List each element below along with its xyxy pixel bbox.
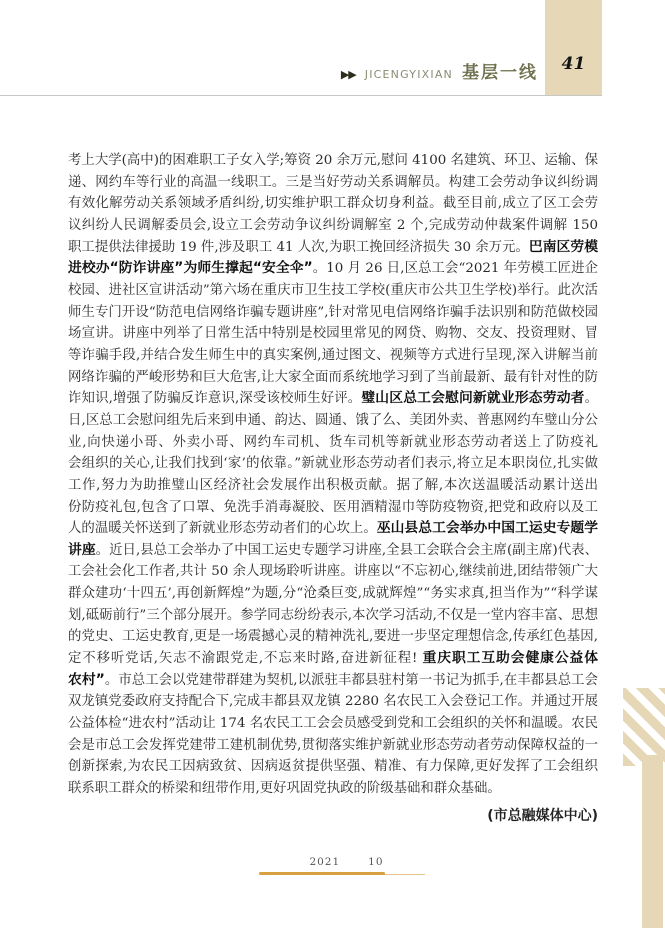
text-line: 划,砥砺前行”三个部分展开。参学同志纷纷表示,本次学习活动,不仅是一堂内容丰富、…	[68, 605, 598, 627]
text-line: 份防疫礼包,包含了口罩、免洗手消毒凝胶、医用酒精湿巾等防疫物资,把党和政府以及工…	[68, 497, 598, 519]
text-line: 递、网约车等行业的高温一线职工。三是当好劳动关系调解员。构建工会劳动争议纠纷调解…	[68, 172, 598, 194]
double-arrow-icon: ▶▶	[341, 68, 356, 81]
text-line: 创新探索,为农民工因病致贫、因病返贫提供坚强、精准、有力保障,更好发挥了工会组织…	[68, 756, 598, 778]
text-line: 公益体检“进农村”活动让 174 名农民工工会会员感受到党和工会组织的关怀和温暖…	[68, 713, 598, 735]
text-line: 等诈骗手段,并结合发生师生中的真实案例,通过图文、视频等方式进行呈现,深入讲解当…	[68, 345, 598, 367]
text-line: 校园、进社区宣讲活动”第六场在重庆市卫生技工学校(重庆市公共卫生学校)举行。此次…	[68, 280, 598, 302]
text-line: 讲座。近日,县总工会举办了中国工运史专题学习讲座,全县工会联合会主席(副主席)代…	[68, 540, 598, 562]
text-line: 定不移听党话,矢志不渝跟党走,不忘来时路,奋进新征程! 重庆职工互助会健康公益体…	[68, 648, 598, 670]
text-line: 考上大学(高中)的困难职工子女入学;筹资 20 余万元,慰问 4100 名建筑、…	[68, 150, 598, 172]
text-line: 议纠纷人民调解委员会,设立工会劳动争议纠纷调解室 2 个,完成劳动仲裁案件调解 …	[68, 215, 598, 237]
text-line: 场宣讲。讲座中列举了日常生活中特别是校园里常见的网贷、购物、交友、投资理财、冒充…	[68, 323, 598, 345]
header-rule	[0, 95, 602, 96]
text-line: 诈知识,增强了防骗反诈意识,深受该校师生好评。璧山区总工会慰问新就业形态劳动者。…	[68, 388, 598, 410]
text-line: 日,区总工会慰问组先后来到申通、韵达、圆通、饿了么、美团外卖、普惠网约车璧山分公…	[68, 410, 598, 432]
attribution: (市总融媒体中心)	[68, 805, 598, 825]
text-line: 职工提供法律援助 19 件,涉及职工 41 人次,为职工挽回经济损失 30 余万…	[68, 237, 598, 259]
footer-year: 2021	[309, 856, 340, 868]
text-line: 农村”。市总工会以党建带群建为契机,以派驻丰都县驻村第一书记为抓手,在丰都县总工…	[68, 670, 598, 692]
text-line: 业,向快递小哥、外卖小哥、网约车司机、货车司机等新就业形态劳动者送上了防疫礼包。…	[68, 432, 598, 454]
text-line: 会是市总工会发挥党建带工建机制优势,贯彻落实维护新就业形态劳动者劳动保障权益的一…	[68, 735, 598, 757]
page-header: ▶▶ JICENGYIXIAN 基层一线	[341, 58, 538, 83]
page-number: 41	[545, 54, 602, 74]
text-line: 联系职工群众的桥梁和纽带作用,更好巩固党执政的阶级基础和群众基础。	[68, 778, 598, 800]
text-line: 网络诈骗的严峻形势和巨大危害,让大家全面而系统地学习到了当前最新、最有针对性的防…	[68, 367, 598, 389]
text-line: 工作,努力为助推璧山区经济社会发展作出积极贡献。据了解,本次送温暖活动累计送出 …	[68, 475, 598, 497]
text-line: 工会社会化工作者,共计 50 余人现场聆听讲座。讲座以“不忘初心,继续前进,团结…	[68, 561, 598, 583]
text-line: 双龙镇党委政府支持配合下,完成丰都县双龙镇 2280 名农民工入会登记工作。并通…	[68, 691, 598, 713]
text-line: 会组织的关心,让我们找到‘家’的依靠。”新就业形态劳动者们表示,将立足本职岗位,…	[68, 453, 598, 475]
text-line: 的党史、工运史教育,更是一场震撼心灵的精神洗礼,要进一步坚定理想信念,传承红色基…	[68, 626, 598, 648]
corner-block	[545, 0, 602, 95]
footer: 2021 10	[14, 856, 665, 868]
footer-issue: 10	[368, 856, 383, 868]
text-line: 进校办“防诈讲座”为师生撑起“安全伞”。10 月 26 日,区总工会“2021 …	[68, 258, 598, 280]
text-line: 有效化解劳动关系领域矛盾纠纷,切实维护职工群众切身利益。截至目前,成立了区工会劳…	[68, 193, 598, 215]
deco-bar	[642, 755, 663, 928]
kicker-text: JICENGYIXIAN	[365, 68, 453, 81]
text-line: 群众建功‘十四五’,再创新辉煌”为题,分“沧桑巨变,成就辉煌”“务实求真,担当作…	[68, 583, 598, 605]
section-title: 基层一线	[462, 58, 538, 83]
footer-rule	[259, 872, 385, 875]
text-line: 师生专门开设“防范电信网络诈骗专题讲座”,针对常见电信网络诈骗手法识别和防范做校…	[68, 302, 598, 324]
text-line: 人的温暖关怀送到了新就业形态劳动者们的心坎上。巫山县总工会举办中国工运史专题学习	[68, 518, 598, 540]
magazine-page: 41 ▶▶ JICENGYIXIAN 基层一线 考上大学(高中)的困难职工子女入…	[0, 0, 665, 940]
body-text: 考上大学(高中)的困难职工子女入学;筹资 20 余万元,慰问 4100 名建筑、…	[68, 150, 598, 800]
